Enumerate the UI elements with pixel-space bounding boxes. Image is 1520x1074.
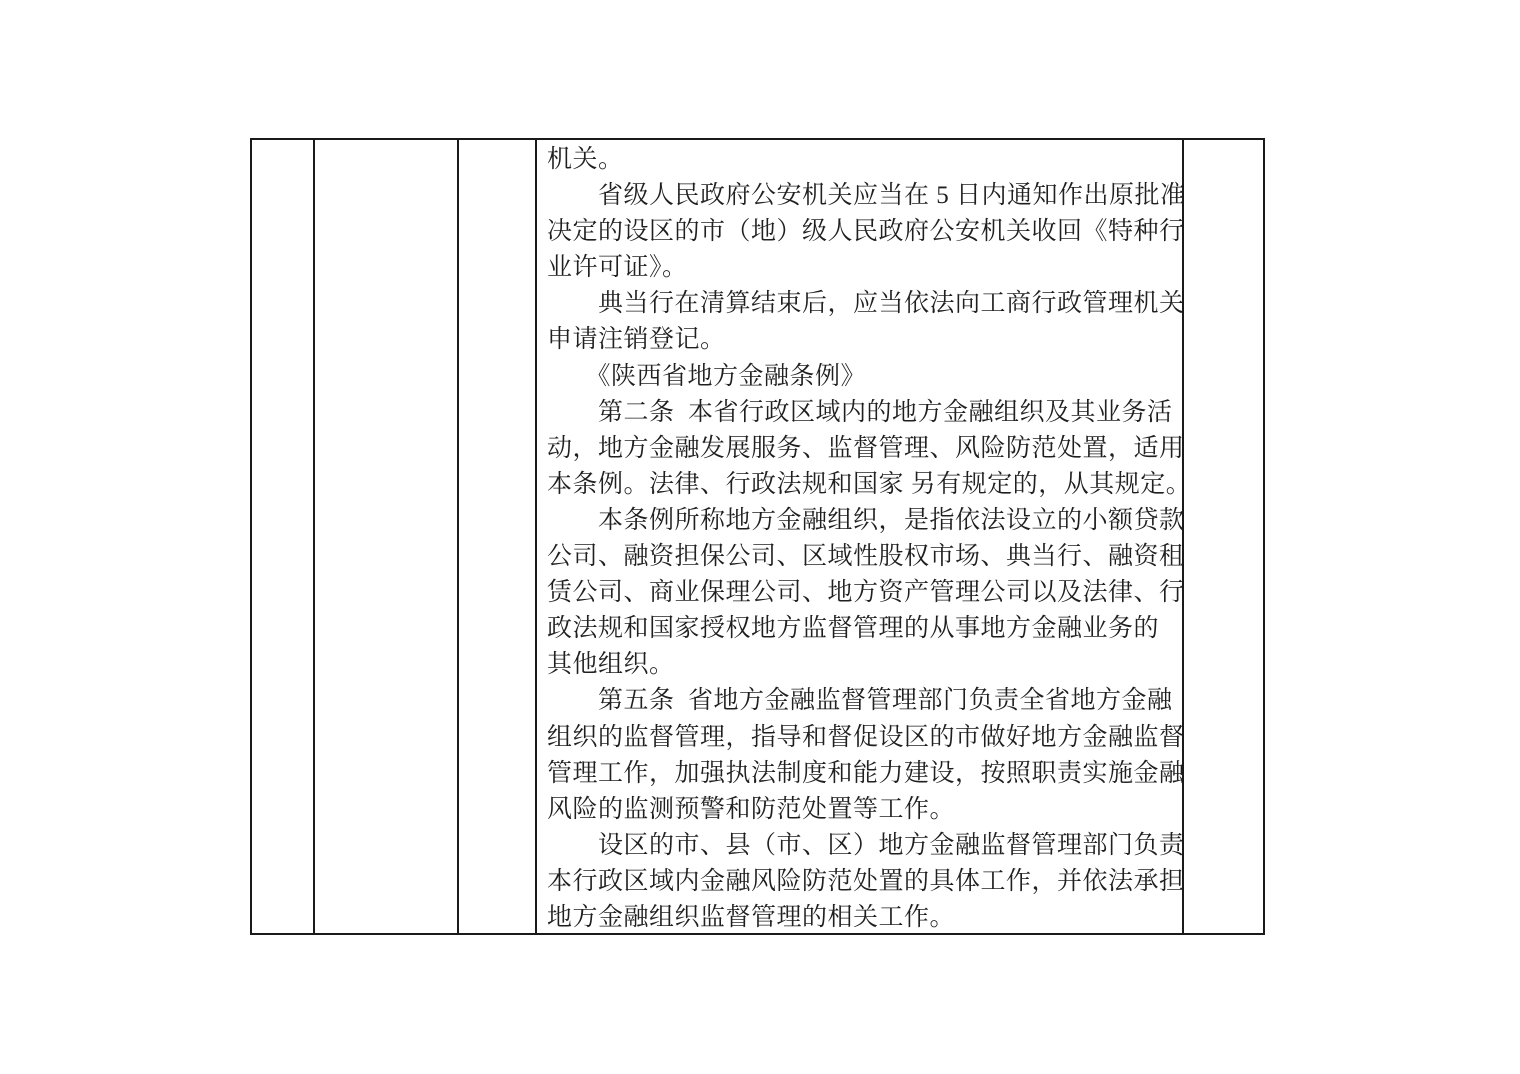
table-cell-empty-2 (315, 140, 459, 933)
text-line: 组织的监督管理，指导和督促设区的市做好地方金融监督 (547, 720, 1180, 756)
text-line: 典当行在清算结束后，应当依法向工商行政管理机关 (547, 286, 1180, 322)
text-line: 决定的设区的市（地）级人民政府公安机关收回《特种行 (547, 214, 1180, 250)
text-line: 申请注销登记。 (547, 322, 1180, 358)
text-line: 第二条 本省行政区域内的地方金融组织及其业务活 (547, 395, 1180, 431)
text-line: 第五条 省地方金融监督管理部门负责全省地方金融 (547, 683, 1180, 719)
text-line: 业许可证》。 (547, 250, 1180, 286)
text-line: 地方金融组织监督管理的相关工作。 (547, 900, 1180, 933)
table-cell-empty-3 (459, 140, 537, 933)
text-line: 政法规和国家授权地方监督管理的从事地方金融业务的 (547, 611, 1180, 647)
text-line: 机关。 (547, 142, 1180, 178)
text-line: 《陕西省地方金融条例》 (547, 359, 1180, 395)
text-line: 公司、融资担保公司、区域性股权市场、典当行、融资租 (547, 539, 1180, 575)
text-line: 赁公司、商业保理公司、地方资产管理公司以及法律、行 (547, 575, 1180, 611)
text-line: 本行政区域内金融风险防范处置的具体工作，并依法承担 (547, 864, 1180, 900)
text-line: 其他组织。 (547, 647, 1180, 683)
text-line: 设区的市、县（市、区）地方金融监督管理部门负责 (547, 828, 1180, 864)
text-line: 本条例。法律、行政法规和国家 另有规定的，从其规定。 (547, 467, 1180, 503)
table-cell-empty-1 (252, 140, 315, 933)
text-line: 省级人民政府公安机关应当在 5 日内通知作出原批准 (547, 178, 1180, 214)
table-cell-empty-4 (1184, 140, 1263, 933)
text-line: 本条例所称地方金融组织，是指依法设立的小额贷款 (547, 503, 1180, 539)
table-cell-regulation-text: 机关。 省级人民政府公安机关应当在 5 日内通知作出原批准 决定的设区的市（地）… (537, 140, 1184, 933)
text-line: 动，地方金融发展服务、监督管理、风险防范处置，适用 (547, 431, 1180, 467)
regulation-table: 机关。 省级人民政府公安机关应当在 5 日内通知作出原批准 决定的设区的市（地）… (250, 138, 1265, 935)
text-line: 管理工作，加强执法制度和能力建设，按照职责实施金融 (547, 756, 1180, 792)
text-line: 风险的监测预警和防范处置等工作。 (547, 792, 1180, 828)
document-page: 机关。 省级人民政府公安机关应当在 5 日内通知作出原批准 决定的设区的市（地）… (0, 0, 1520, 1074)
